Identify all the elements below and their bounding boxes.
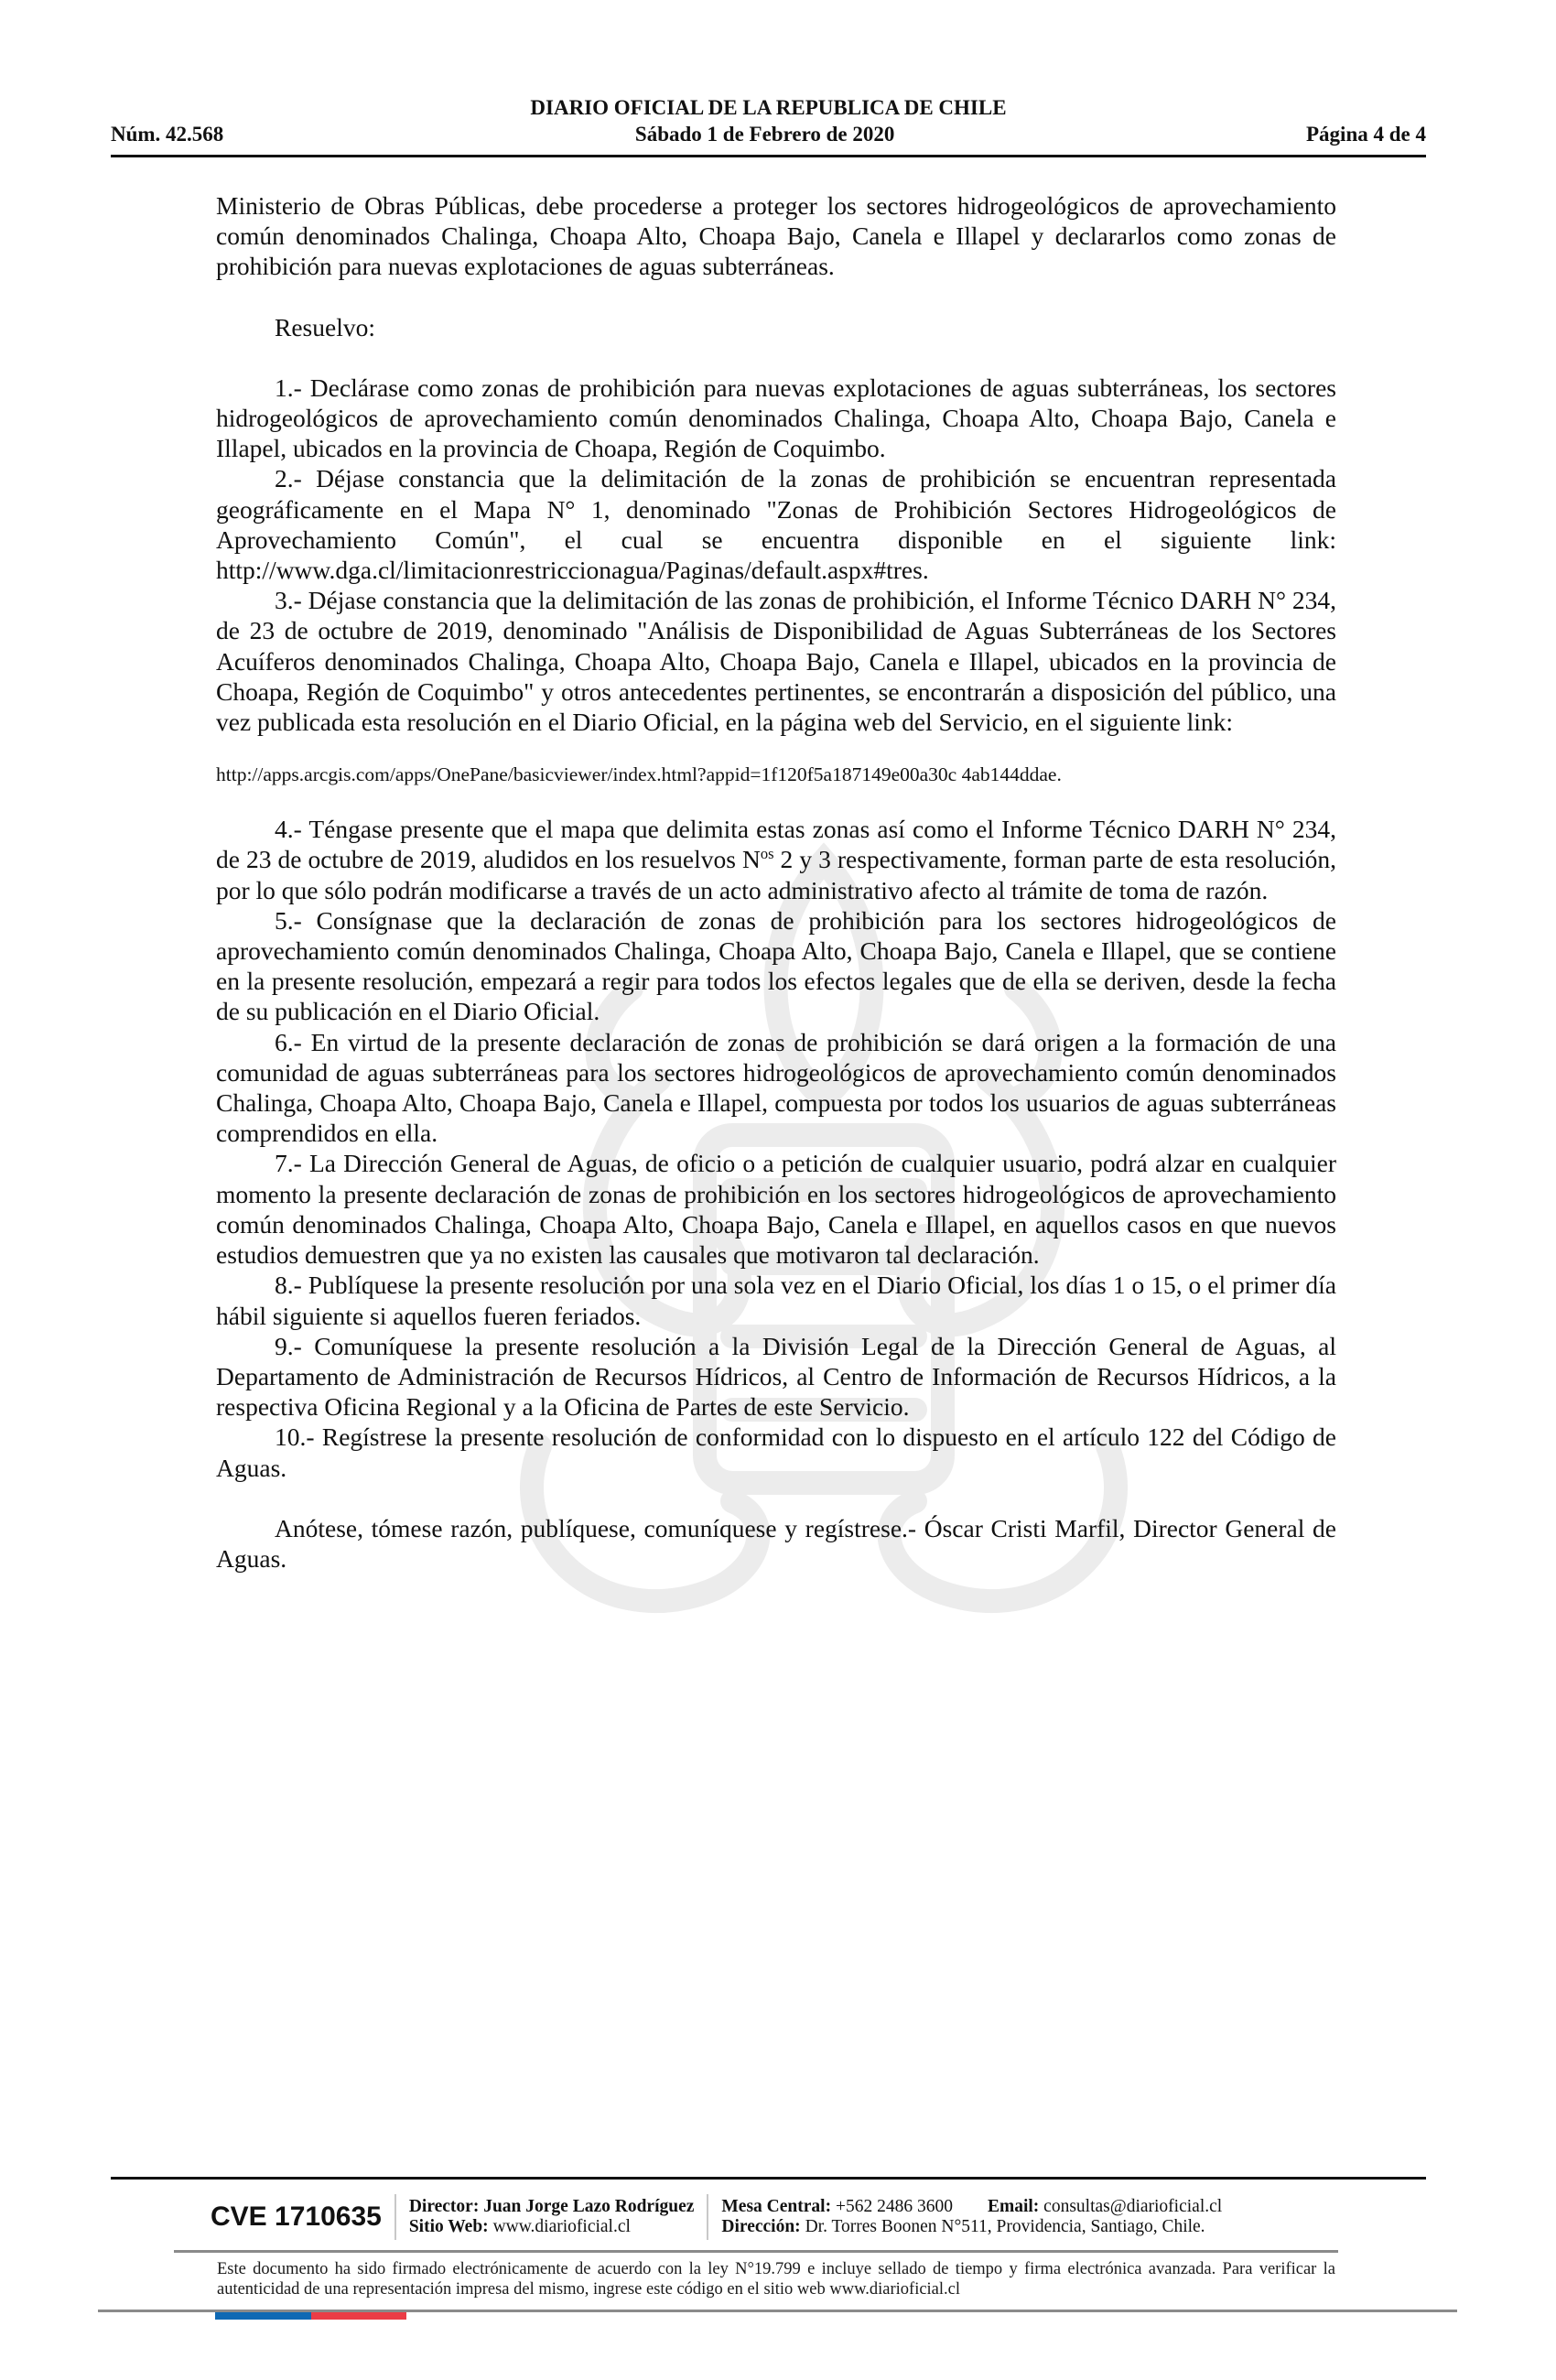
flag-blue-segment <box>215 2312 311 2320</box>
footer-separator <box>394 2194 396 2240</box>
resolution-item-7: 7.- La Dirección General de Aguas, de of… <box>216 1148 1336 1270</box>
closing-signature: Anótese, tómese razón, publíquese, comun… <box>216 1513 1336 1574</box>
item-text: Déjase constancia que la delimitación de… <box>216 464 1336 584</box>
header-meta-row: Núm. 42.568 Sábado 1 de Febrero de 2020 … <box>111 121 1426 148</box>
item-text: Comuníquese la presente resolución a la … <box>216 1332 1336 1421</box>
chile-flag-stripe <box>215 2312 406 2320</box>
item-number: 10.- <box>275 1423 315 1451</box>
intro-paragraph: Ministerio de Obras Públicas, debe proce… <box>216 190 1336 282</box>
website-label: Sitio Web: <box>409 2217 489 2236</box>
director-name: Juan Jorge Lazo Rodríguez <box>483 2197 694 2216</box>
cve-code: CVE 1710635 <box>211 2201 394 2233</box>
resuelvo-heading: Resuelvo: <box>216 312 1336 342</box>
resolution-item-4: 4.- Téngase presente que el mapa que del… <box>216 814 1336 905</box>
item-number: 2.- <box>275 464 302 492</box>
phone-label: Mesa Central: <box>721 2197 831 2216</box>
item-number: 4.- <box>275 815 302 843</box>
resolution-item-10: 10.- Regístrese la presente resolución d… <box>216 1422 1336 1482</box>
item-number: 6.- <box>275 1028 302 1056</box>
item-text: La Dirección General de Aguas, de oficio… <box>216 1149 1336 1269</box>
document-body: Ministerio de Obras Públicas, debe proce… <box>216 190 1336 1574</box>
electronic-signature-note: Este documento ha sido firmado electróni… <box>217 2259 1335 2299</box>
resolution-item-9: 9.- Comuníquese la presente resolución a… <box>216 1331 1336 1423</box>
item-text: Consígnase que la declaración de zonas d… <box>216 906 1336 1026</box>
item-number: 8.- <box>275 1271 302 1299</box>
page-indicator: Página 4 de 4 <box>1306 121 1426 148</box>
item-text: Déjase constancia que la delimitación de… <box>216 586 1336 736</box>
footer-divider-mid <box>174 2250 1338 2253</box>
footer-director-column: Director: Juan Jorge Lazo Rodríguez Siti… <box>409 2197 708 2237</box>
resolution-item-8: 8.- Publíquese la presente resolución po… <box>216 1270 1336 1330</box>
resolution-item-5: 5.- Consígnase que la declaración de zon… <box>216 905 1336 1027</box>
resolution-item-2: 2.- Déjase constancia que la delimitació… <box>216 463 1336 585</box>
issue-number: Núm. 42.568 <box>111 121 223 148</box>
director-label: Director: <box>409 2197 480 2216</box>
address-label: Dirección: <box>721 2217 800 2236</box>
flag-red-segment <box>311 2312 406 2320</box>
publication-date: Sábado 1 de Febrero de 2020 <box>635 121 894 148</box>
arcgis-link[interactable]: http://apps.arcgis.com/apps/OnePane/basi… <box>216 763 1336 786</box>
page-header: DIARIO OFICIAL DE LA REPUBLICA DE CHILE … <box>111 95 1426 148</box>
phone-number: +562 2486 3600 <box>836 2197 953 2216</box>
item-number: 3.- <box>275 586 302 614</box>
resolution-item-6: 6.- En virtud de la presente declaración… <box>216 1027 1336 1149</box>
footer-divider-top <box>111 2177 1426 2180</box>
item-text: Publíquese la presente resolución por un… <box>216 1271 1336 1329</box>
email-link[interactable]: consultas@diarioficial.cl <box>1043 2197 1222 2216</box>
resolution-item-3: 3.- Déjase constancia que la delimitació… <box>216 585 1336 737</box>
item-number: 5.- <box>275 906 302 935</box>
item-text: Regístrese la presente resolución de con… <box>216 1423 1336 1481</box>
publication-title: DIARIO OFICIAL DE LA REPUBLICA DE CHILE <box>111 95 1426 121</box>
header-divider <box>111 155 1426 157</box>
item-text: En virtud de la presente declaración de … <box>216 1028 1336 1148</box>
address-value: Dr. Torres Boonen N°511, Providencia, Sa… <box>805 2217 1205 2236</box>
superscript: os <box>761 845 774 862</box>
footer-contact-column: Mesa Central: +562 2486 3600Email: consu… <box>721 2197 1235 2237</box>
item-number: 1.- <box>275 373 302 402</box>
item-number: 7.- <box>275 1149 302 1177</box>
footer-info: CVE 1710635 Director: Juan Jorge Lazo Ro… <box>165 2190 1355 2245</box>
email-label: Email: <box>988 2197 1039 2216</box>
footer-separator <box>707 2194 708 2240</box>
item-text: Declárase como zonas de prohibición para… <box>216 373 1336 462</box>
website-link[interactable]: www.diarioficial.cl <box>493 2217 631 2236</box>
item-number: 9.- <box>275 1332 302 1360</box>
resolution-item-1: 1.- Declárase como zonas de prohibición … <box>216 373 1336 464</box>
